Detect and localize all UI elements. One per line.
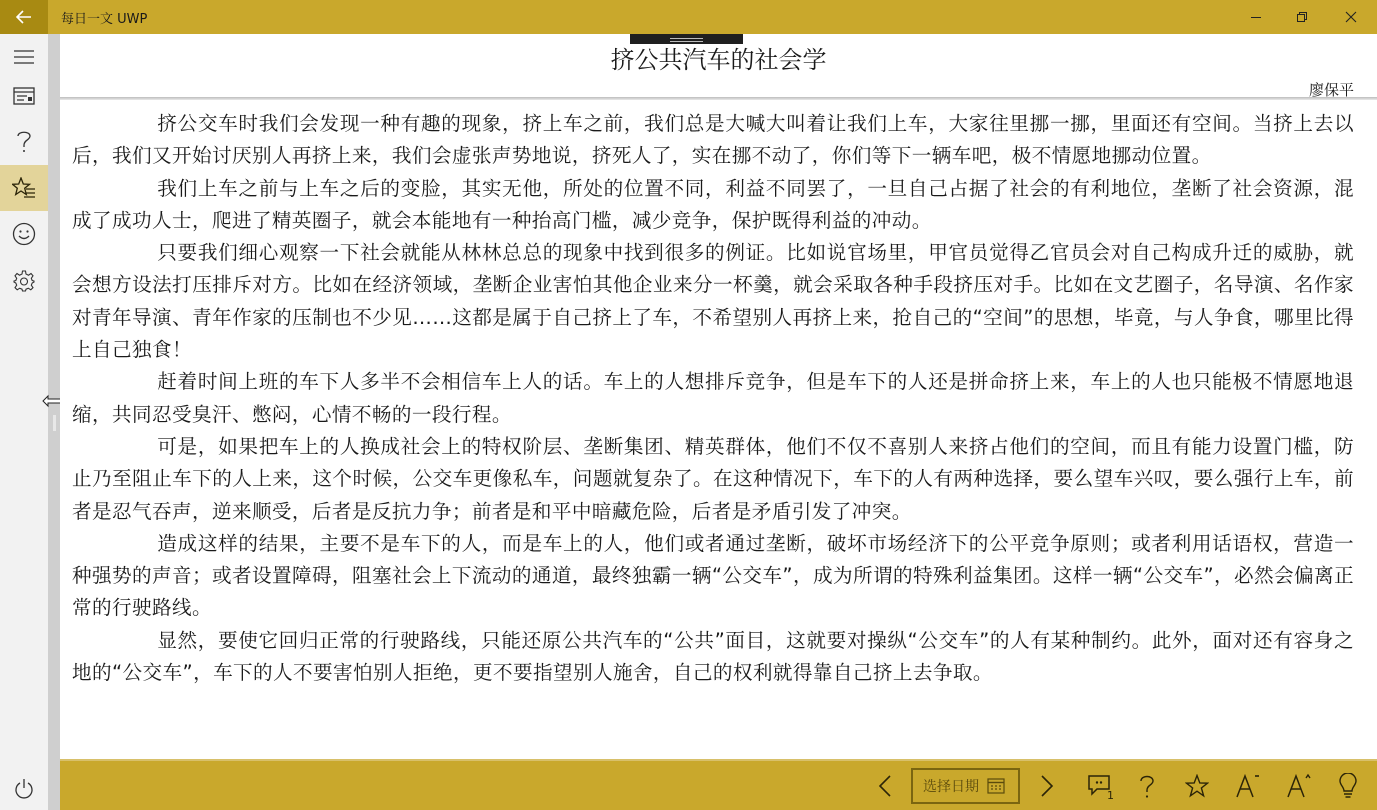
chevron-right-icon [1040,774,1054,798]
article-title: 挤公共汽车的社会学 [60,40,1377,75]
newspaper-icon [13,87,35,105]
minimize-icon [1250,11,1262,23]
paragraph: 我们上车之前与上车之后的变脸，其实无他，所处的位置不同，利益不同罢了，一旦自己占… [72,173,1354,238]
paragraph: 显然，要使它回归正常的行驶路线，只能还原公共汽车的“公共”面目，这就要对操纵“公… [72,625,1354,690]
date-picker[interactable]: 选择日期 [911,768,1020,804]
smiley-icon [12,222,36,246]
font-increase-button[interactable] [1283,769,1313,803]
previous-day-button[interactable] [870,769,900,803]
star-icon [1185,774,1209,798]
question-icon [1139,773,1155,799]
header-divider [60,97,1377,100]
gear-icon [13,270,35,292]
title-bar: 每日一文 UWP [0,0,1377,34]
sidebar-item-article[interactable] [0,73,48,119]
chevron-left-icon [878,774,892,798]
command-bar: 选择日期 1 [60,759,1377,810]
paragraph: 只要我们细心观察一下社会就能从林林总总的现象中找到很多的例证。比如说官场里，甲官… [72,237,1354,366]
restore-icon [1296,11,1308,23]
app-title: 每日一文 UWP [61,8,147,27]
sidebar-item-favorites[interactable] [0,165,48,211]
font-increase-icon [1285,773,1311,799]
sidebar-item-help[interactable] [0,118,48,164]
close-button[interactable] [1328,0,1374,34]
article-body: 挤公交车时我们会发现一种有趣的现象，挤上车之前，我们总是大喊大叫着让我们上车，大… [72,108,1354,689]
calendar-icon [987,778,1005,794]
question-icon [16,129,32,153]
tips-button[interactable] [1333,769,1363,803]
power-icon [13,778,35,800]
favorite-button[interactable] [1182,769,1212,803]
next-day-button[interactable] [1032,769,1062,803]
back-button[interactable] [0,0,48,34]
help-button[interactable] [1132,769,1162,803]
font-decrease-button[interactable] [1232,769,1262,803]
paragraph: 可是，如果把车上的人换成社会上的特权阶层、垄断集团、精英群体，他们不仅不喜别人来… [72,431,1354,528]
paragraph: 挤公交车时我们会发现一种有趣的现象，挤上车之前，我们总是大喊大叫着让我们上车，大… [72,108,1354,173]
sidebar-item-power[interactable] [0,766,48,810]
arrow-left-icon [16,10,32,24]
sidebar-item-settings[interactable] [0,258,48,304]
paragraph: 赶着时间上班的车下人多半不会相信车上人的话。车上的人想排斥竞争，但是车下的人还是… [72,366,1354,431]
comments-count: 1 [1107,789,1114,802]
restore-button[interactable] [1279,0,1325,34]
close-icon [1345,11,1357,23]
star-list-icon [12,177,36,199]
paragraph: 造成这样的结果，主要不是车下的人，而是车上的人，他们或者通过垄断，破坏市场经济下… [72,528,1354,625]
sidebar [0,34,48,810]
minimize-button[interactable] [1233,0,1279,34]
font-decrease-icon [1234,773,1260,799]
comments-button[interactable]: 1 [1080,769,1120,803]
hamburger-icon [13,49,35,65]
splitter-grip[interactable] [53,415,56,431]
lightbulb-icon [1338,773,1358,799]
sidebar-item-feedback[interactable] [0,211,48,257]
date-picker-label: 选择日期 [923,776,979,796]
